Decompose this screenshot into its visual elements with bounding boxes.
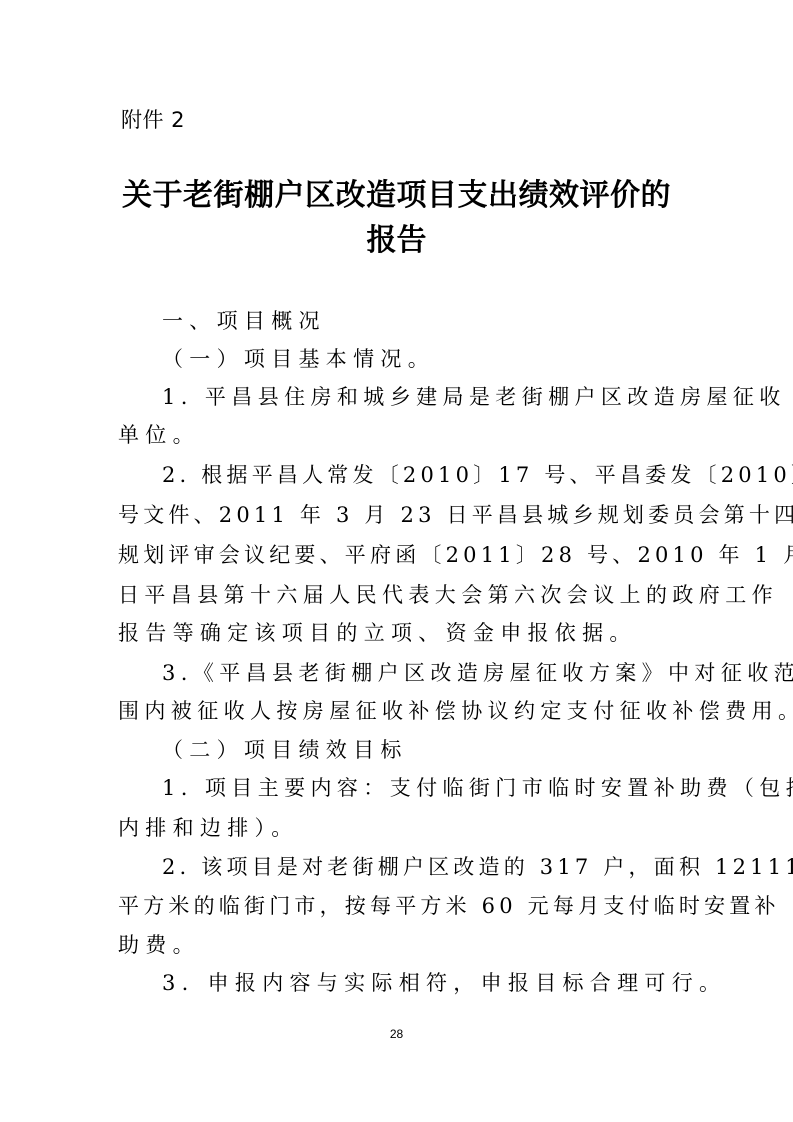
paragraph-line: 报告等确定该项目的立项、资金申报依据。 <box>118 614 637 652</box>
paragraph-line: 围内被征收人按房屋征收补偿协议约定支付征收补偿费用。 <box>118 692 793 730</box>
document-page: 附件 2 关于老街棚户区改造项目支出绩效评价的 报告 一、项目概况 （一）项目基… <box>0 0 793 1122</box>
paragraph-line: 2. 该项目是对老街棚户区改造的 317 户，面积 12111.5 <box>162 848 793 886</box>
paragraph-line: 内排和边排）。 <box>118 809 299 847</box>
subsection-heading-basic-info: （一）项目基本情况。 <box>162 340 435 378</box>
document-title-line-2: 报告 <box>0 219 793 263</box>
paragraph-line: 3.《平昌县老街棚户区改造房屋征收方案》中对征收范 <box>162 654 793 692</box>
paragraph-line: 助费。 <box>118 926 200 964</box>
paragraph-line: 平方米的临街门市，按每平方米 60 元每月支付临时安置补 <box>118 887 780 925</box>
paragraph-line: 号文件、2011 年 3 月 23 日平昌县城乡规划委员会第十四期 <box>118 496 793 534</box>
paragraph-line: 1. 平昌县住房和城乡建局是老街棚户区改造房屋征收 <box>162 378 786 416</box>
paragraph-line: 单位。 <box>118 416 200 454</box>
paragraph-line: 1. 项目主要内容：支付临街门市临时安置补助费（包括 <box>162 769 793 807</box>
document-title-line-1: 关于老街棚户区改造项目支出绩效评价的 <box>0 174 793 218</box>
paragraph-line: 3. 申报内容与实际相符，申报目标合理可行。 <box>162 964 726 1002</box>
paragraph-line: 规划评审会议纪要、平府函〔2011〕28 号、2010 年 1 月 20 <box>118 536 793 574</box>
section-heading-overview: 一、项目概况 <box>162 302 326 340</box>
attachment-label: 附件 2 <box>121 106 185 134</box>
paragraph-line: 日平昌县第十六届人民代表大会第六次会议上的政府工作 <box>118 576 778 614</box>
subsection-heading-performance-goals: （二）项目绩效目标 <box>162 731 408 769</box>
paragraph-line: 2. 根据平昌人常发〔2010〕17 号、平昌委发〔2010〕4 <box>162 456 793 494</box>
page-number: 28 <box>0 1026 793 1042</box>
